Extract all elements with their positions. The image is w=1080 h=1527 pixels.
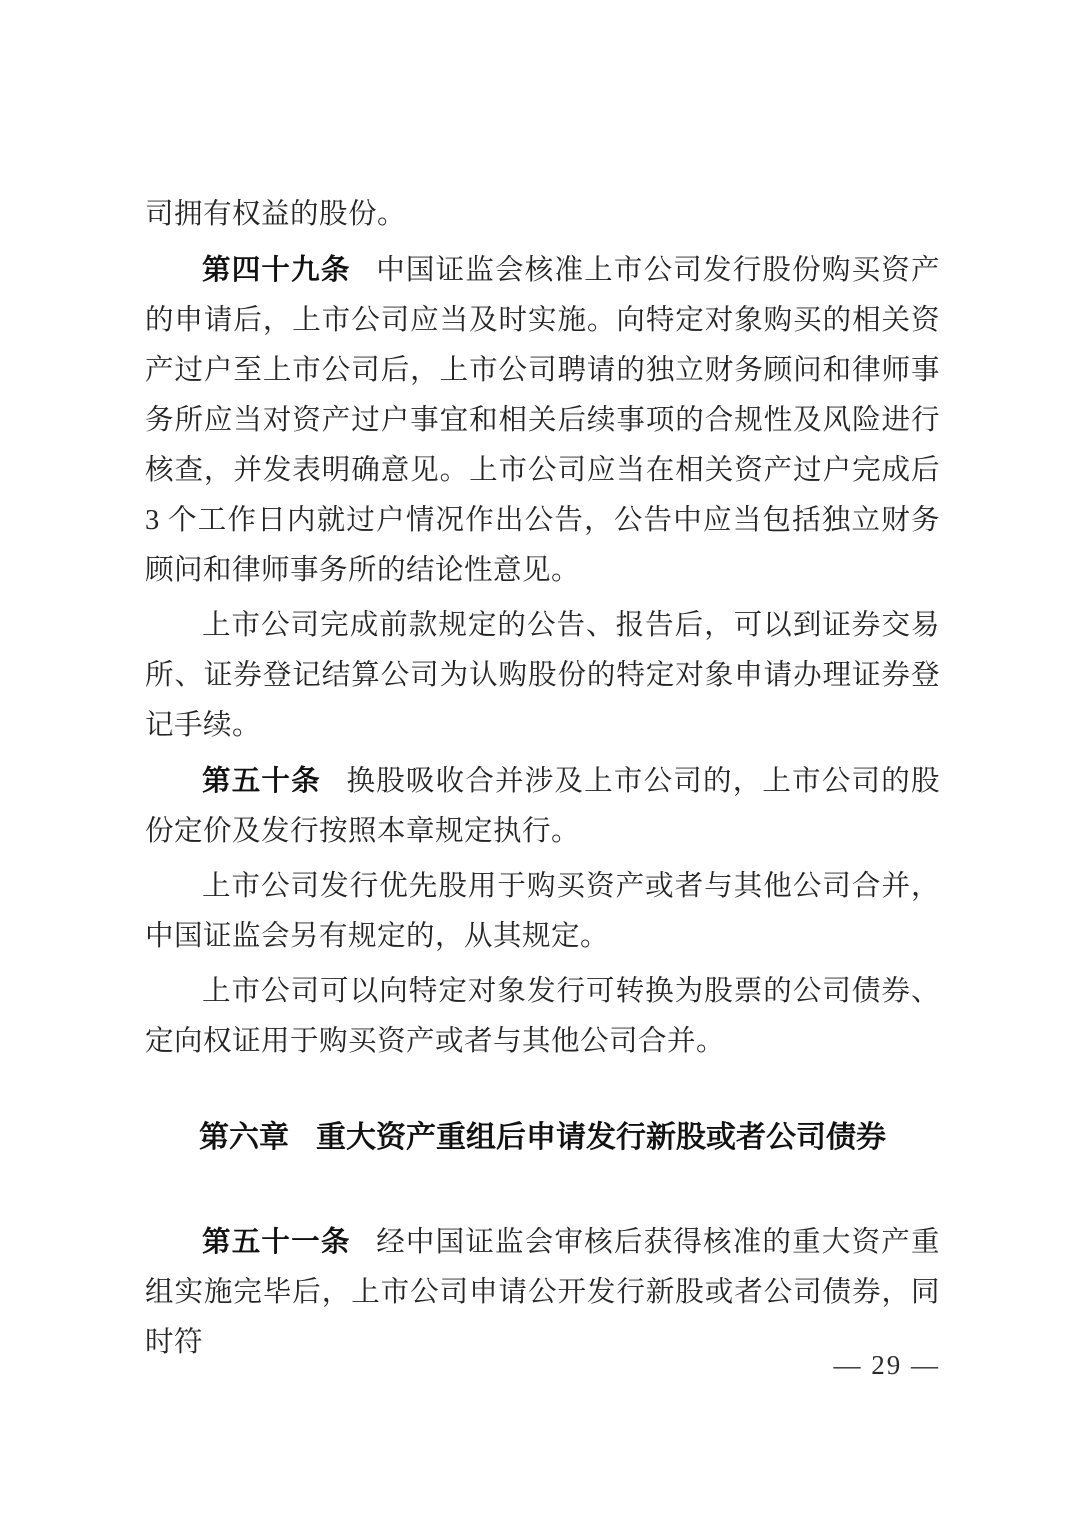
article-49-paragraph: 第四十九条中国证监会核准上市公司发行股份购买资产的申请后，上市公司应当及时实施。… <box>145 245 940 596</box>
article-49-second-paragraph: 上市公司完成前款规定的公告、报告后，可以到证券交易所、证券登记结算公司为认购股份… <box>145 601 940 751</box>
article-number: 第四十九条 <box>202 254 351 286</box>
article-number: 第五十条 <box>202 765 321 797</box>
paragraph-continuation: 司拥有权益的股份。 <box>145 190 940 240</box>
page-number: — 29 — <box>834 1350 941 1380</box>
paragraph-text: 上市公司发行优先股用于购买资产或者与其他公司合并，中国证监会另有规定的，从其规定… <box>145 871 940 952</box>
paragraph-text: 中国证监会核准上市公司发行股份购买资产的申请后，上市公司应当及时实施。向特定对象… <box>145 255 940 586</box>
article-number: 第五十一条 <box>202 1226 351 1258</box>
article-50-second-paragraph: 上市公司发行优先股用于购买资产或者与其他公司合并，中国证监会另有规定的，从其规定… <box>145 862 940 962</box>
chapter-number: 第六章 <box>199 1121 289 1154</box>
document-page: 司拥有权益的股份。 第四十九条中国证监会核准上市公司发行股份购买资产的申请后，上… <box>0 0 1080 1527</box>
page-footer: — 29 — <box>145 1345 940 1385</box>
article-50-paragraph: 第五十条换股吸收合并涉及上市公司的，上市公司的股份定价及发行按照本章规定执行。 <box>145 756 940 857</box>
chapter-title: 重大资产重组后申请发行新股或者公司债券 <box>316 1121 886 1154</box>
document-body: 司拥有权益的股份。 第四十九条中国证监会核准上市公司发行股份购买资产的申请后，上… <box>145 190 940 1368</box>
article-50-third-paragraph: 上市公司可以向特定对象发行可转换为股票的公司债券、定向权证用于购买资产或者与其他… <box>145 967 940 1067</box>
paragraph-text: 上市公司可以向特定对象发行可转换为股票的公司债券、定向权证用于购买资产或者与其他… <box>145 976 940 1057</box>
paragraph-text: 上市公司完成前款规定的公告、报告后，可以到证券交易所、证券登记结算公司为认购股份… <box>145 610 940 741</box>
chapter-6-heading: 第六章重大资产重组后申请发行新股或者公司债券 <box>145 1113 940 1163</box>
paragraph-text: 司拥有权益的股份。 <box>145 199 406 230</box>
